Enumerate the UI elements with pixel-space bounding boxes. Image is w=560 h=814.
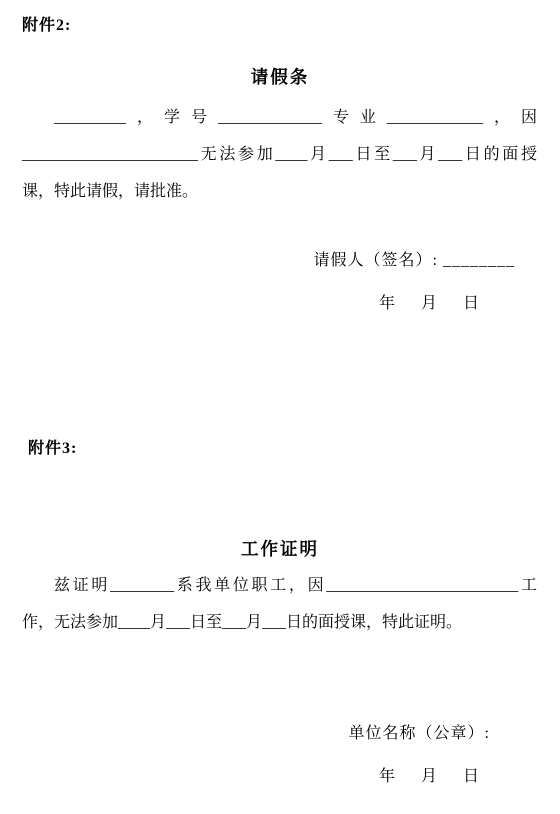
work-certificate-title: 工作证明	[0, 536, 560, 561]
leave-form-body: _________，学号_____________专业____________，…	[22, 99, 537, 210]
work-certificate-body-line: 作，无法参加____月___日至___月___日的面授课，特此证明。	[22, 604, 537, 641]
work-certificate-body: 兹证明________系我单位职工，因_____________________…	[22, 567, 537, 641]
leave-form-body-line: ______________________无法参加____月___日至___月…	[22, 136, 537, 173]
work-certificate-body-line: 兹证明________系我单位职工，因_____________________…	[22, 567, 537, 604]
attachment2-label: 附件2:	[22, 12, 71, 35]
leave-form-body-line: _________，学号_____________专业____________，…	[22, 99, 537, 136]
leave-form-title: 请假条	[0, 64, 560, 89]
attachment3-label: 附件3:	[28, 435, 77, 458]
work-certificate-unit-seal-line: 单位名称（公章）:	[349, 720, 490, 743]
work-certificate-date-line: 年 月 日	[379, 763, 480, 786]
document-page: 附件2: 请假条 _________，学号_____________专业____…	[0, 0, 560, 814]
leave-form-body-line: 课，特此请假，请批准。	[22, 173, 537, 210]
leave-form-signature-line: 请假人（签名）: ________	[314, 247, 515, 270]
leave-form-date-line: 年 月 日	[379, 290, 480, 313]
